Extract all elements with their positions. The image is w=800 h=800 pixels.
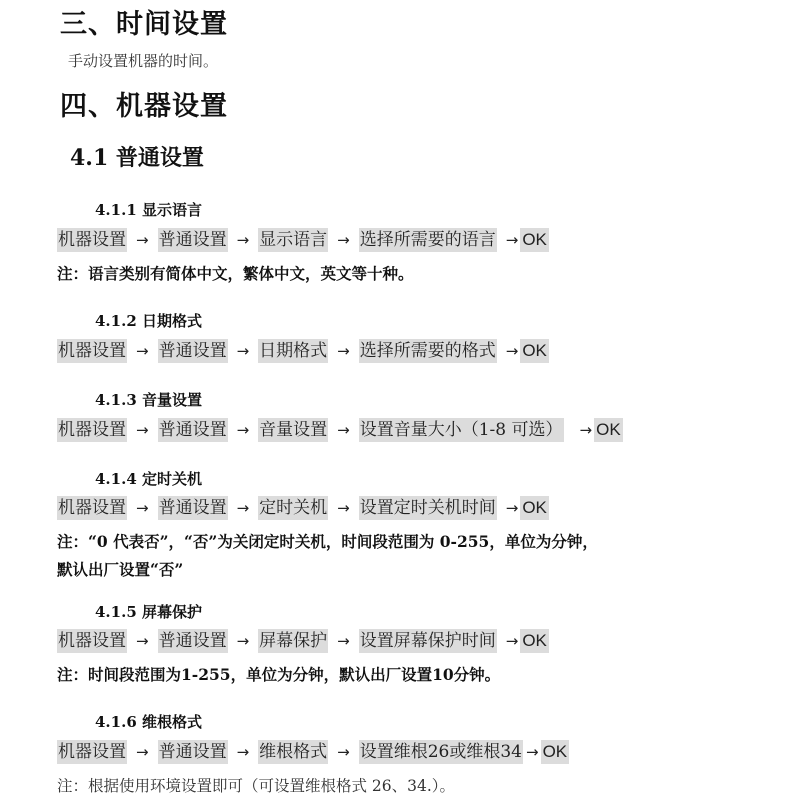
path-step: 屏幕保护: [258, 629, 328, 653]
path-step: 显示语言: [258, 228, 328, 252]
arrow-icon: →: [337, 231, 350, 249]
item-note-auto-shutdown-line2: 默认出厂设置“否”: [57, 558, 183, 580]
path-step-ok: OK: [520, 629, 549, 653]
path-step: 日期格式: [258, 339, 328, 363]
path-step: 机器设置: [57, 418, 127, 442]
item-title-volume: 4.1.3 音量设置: [95, 389, 202, 410]
arrow-icon: →: [580, 421, 593, 439]
path-step: 音量设置: [258, 418, 328, 442]
menu-path-date-format: 机器设置 → 普通设置 → 日期格式 → 选择所需要的格式 → OK: [57, 339, 549, 363]
arrow-icon: →: [337, 421, 350, 439]
path-step: 选择所需要的格式: [359, 339, 497, 363]
arrow-icon: →: [506, 231, 519, 249]
arrow-icon: →: [136, 421, 149, 439]
item-title-wiegand: 4.1.6 维根格式: [95, 711, 202, 732]
item-note-language: 注：语言类别有简体中文，繁体中文，英文等十种。: [57, 262, 414, 284]
path-step: 普通设置: [158, 629, 228, 653]
arrow-icon: →: [237, 632, 250, 650]
item-note-auto-shutdown: 注：“0 代表否”，“否”为关闭定时关机，时间段范围为 0-255，单位为分钟，: [57, 530, 598, 552]
path-step-ok: OK: [520, 496, 549, 520]
arrow-icon: →: [337, 499, 350, 517]
item-note-screensaver: 注：时间段范围为1-255，单位为分钟，默认出厂设置10分钟。: [57, 663, 500, 685]
item-note-wiegand: 注：根据使用环境设置即可（可设置维根格式 26、34.）。: [57, 774, 455, 796]
arrow-icon: →: [526, 743, 539, 761]
path-step: 选择所需要的语言: [359, 228, 497, 252]
path-step: 机器设置: [57, 740, 127, 764]
arrow-icon: →: [237, 743, 250, 761]
arrow-icon: →: [506, 499, 519, 517]
subsection-title-general: 4.1 普通设置: [70, 141, 204, 172]
arrow-icon: →: [136, 342, 149, 360]
menu-path-language: 机器设置 → 普通设置 → 显示语言 → 选择所需要的语言 → OK: [57, 228, 549, 252]
path-step: 机器设置: [57, 339, 127, 363]
path-step: 设置音量大小（1-8 可选）: [359, 418, 564, 442]
menu-path-wiegand: 机器设置 → 普通设置 → 维根格式 → 设置维根26或维根34 → OK: [57, 740, 569, 764]
menu-path-volume: 机器设置 → 普通设置 → 音量设置 → 设置音量大小（1-8 可选） → OK: [57, 418, 623, 442]
menu-path-auto-shutdown: 机器设置 → 普通设置 → 定时关机 → 设置定时关机时间 → OK: [57, 496, 549, 520]
item-title-language: 4.1.1 显示语言: [95, 199, 202, 220]
path-step-ok: OK: [594, 418, 623, 442]
item-title-auto-shutdown: 4.1.4 定时关机: [95, 468, 202, 489]
path-step: 设置定时关机时间: [359, 496, 497, 520]
arrow-icon: →: [136, 231, 149, 249]
section-title-machine: 四、机器设置: [60, 84, 228, 123]
item-title-date-format: 4.1.2 日期格式: [95, 310, 202, 331]
path-step: 机器设置: [57, 629, 127, 653]
section-desc-time: 手动设置机器的时间。: [68, 50, 218, 71]
path-step-ok: OK: [520, 228, 549, 252]
arrow-icon: →: [136, 499, 149, 517]
path-step: 设置屏幕保护时间: [359, 629, 497, 653]
path-step: 普通设置: [158, 339, 228, 363]
path-step: 普通设置: [158, 418, 228, 442]
path-step-ok: OK: [541, 740, 570, 764]
path-step: 普通设置: [158, 740, 228, 764]
path-step: 设置维根26或维根34: [359, 740, 523, 764]
arrow-icon: →: [136, 632, 149, 650]
arrow-icon: →: [237, 499, 250, 517]
path-step-ok: OK: [520, 339, 549, 363]
path-step: 普通设置: [158, 496, 228, 520]
arrow-icon: →: [506, 632, 519, 650]
arrow-icon: →: [237, 342, 250, 360]
path-step: 机器设置: [57, 228, 127, 252]
arrow-icon: →: [506, 342, 519, 360]
path-step: 普通设置: [158, 228, 228, 252]
arrow-icon: →: [237, 231, 250, 249]
arrow-icon: →: [337, 632, 350, 650]
item-title-screensaver: 4.1.5 屏幕保护: [95, 601, 202, 622]
menu-path-screensaver: 机器设置 → 普通设置 → 屏幕保护 → 设置屏幕保护时间 → OK: [57, 629, 549, 653]
arrow-icon: →: [337, 342, 350, 360]
arrow-icon: →: [337, 743, 350, 761]
path-step: 维根格式: [258, 740, 328, 764]
path-step: 定时关机: [258, 496, 328, 520]
section-title-time: 三、时间设置: [60, 2, 228, 41]
path-step: 机器设置: [57, 496, 127, 520]
arrow-icon: →: [237, 421, 250, 439]
arrow-icon: →: [136, 743, 149, 761]
